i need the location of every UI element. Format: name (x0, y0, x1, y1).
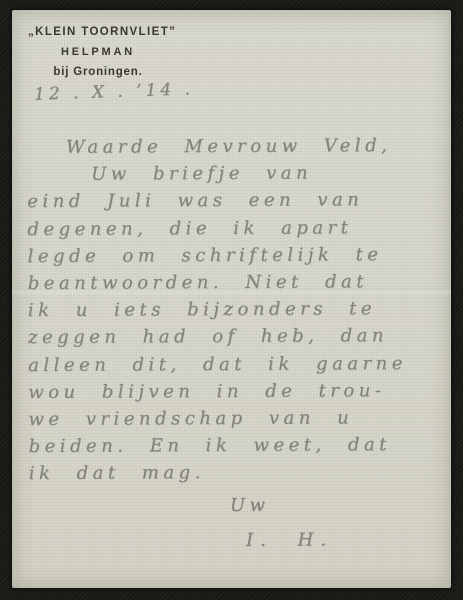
handwritten-line: we vriendschap van u (12, 404, 451, 433)
handwritten-line: alleen dit, dat ik gaarne (12, 349, 451, 378)
letterhead-name: „KLEIN TOORNVLIET” (28, 26, 168, 38)
handwritten-line: wou blijven in de trou- (12, 377, 451, 406)
handwritten-line: ik u iets bijzonders te (12, 295, 451, 324)
handwritten-line: Uw briefje van (12, 159, 450, 188)
letter-paper: „KLEIN TOORNVLIET” HELPMAN bij Groningen… (12, 10, 451, 588)
letterhead: „KLEIN TOORNVLIET” HELPMAN bij Groningen… (28, 26, 168, 78)
letterhead-place: HELPMAN (28, 46, 168, 58)
handwritten-line: beantwoorden. Niet dat (12, 268, 451, 297)
handwritten-line: eind Juli was een van (12, 186, 450, 215)
handwritten-line: beiden. En ik weet, dat (12, 431, 451, 460)
letter-body: Waarde Mevrouw Veld, Uw briefje van eind… (12, 132, 451, 555)
salutation-line: Waarde Mevrouw Veld, (12, 132, 450, 161)
scan-background: „KLEIN TOORNVLIET” HELPMAN bij Groningen… (0, 0, 463, 600)
handwritten-line: degenen, die ik apart (12, 213, 450, 242)
handwritten-line: zeggen had of heb, dan (12, 322, 451, 351)
signature-line: I. H. (13, 525, 451, 554)
handwritten-date: 12 . X . ’14 . (34, 79, 195, 105)
letterhead-region: bij Groningen. (28, 66, 168, 78)
handwritten-line: ik dat mag. (13, 458, 451, 487)
handwritten-line: legde om schriftelijk te (12, 241, 451, 270)
closing-line: Uw (13, 491, 451, 520)
